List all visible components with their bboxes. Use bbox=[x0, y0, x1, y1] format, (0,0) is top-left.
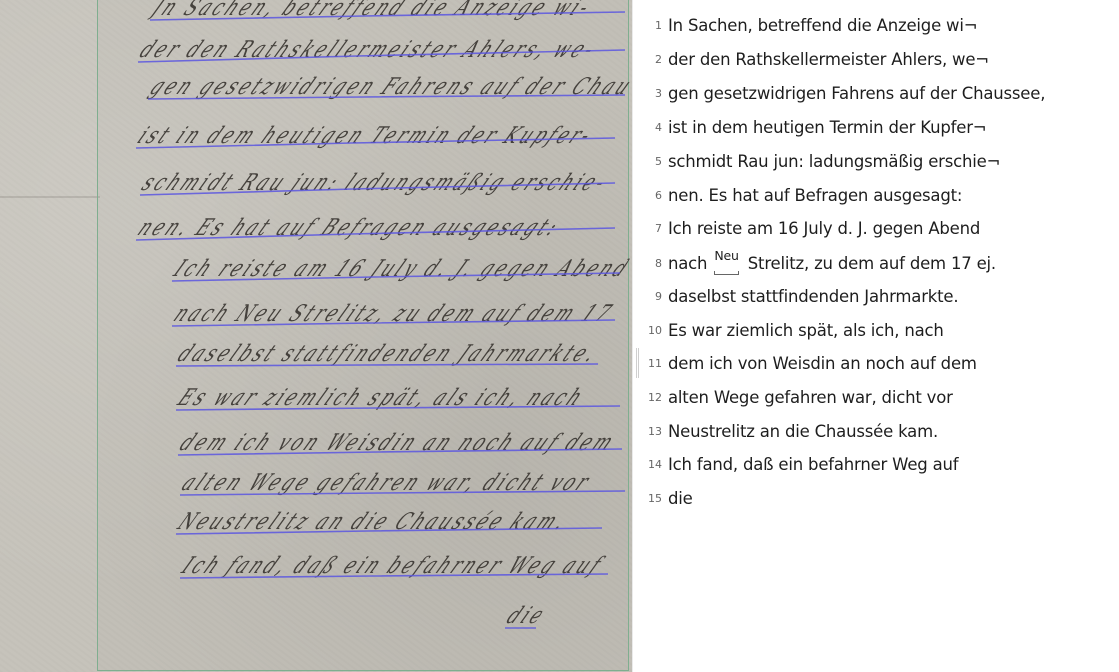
transcription-pane: 1 In Sachen, betreffend die Anzeige wi¬ … bbox=[640, 0, 1119, 672]
line-text-before-insertion: nach bbox=[668, 254, 707, 273]
splitter-grip-handle[interactable] bbox=[636, 348, 639, 378]
line-text[interactable]: Ich reiste am 16 July d. J. gegen Abend bbox=[668, 219, 980, 238]
paper-fold bbox=[0, 196, 100, 198]
line-baseline-polyline[interactable] bbox=[176, 366, 598, 368]
transcription-line[interactable]: 13 Neustrelitz an die Chaussée kam. bbox=[640, 416, 938, 446]
line-number: 8 bbox=[640, 257, 668, 270]
line-number: 3 bbox=[640, 87, 668, 100]
transcription-line[interactable]: 6 nen. Es hat auf Befragen ausgesagt: bbox=[640, 180, 962, 210]
line-number: 7 bbox=[640, 222, 668, 235]
line-baseline-polyline[interactable] bbox=[172, 326, 615, 328]
line-baseline-polyline[interactable] bbox=[136, 148, 615, 150]
transcription-line[interactable]: 10 Es war ziemlich spät, als ich, nach bbox=[640, 315, 944, 345]
line-text[interactable]: gen gesetzwidrigen Fahrens auf der Chaus… bbox=[668, 84, 1045, 103]
line-baseline-polyline[interactable] bbox=[140, 195, 615, 197]
line-number: 14 bbox=[640, 458, 668, 471]
line-number: 4 bbox=[640, 121, 668, 134]
transcription-line[interactable]: 11 dem ich von Weisdin an noch auf dem bbox=[640, 348, 977, 378]
transcription-line[interactable]: 7 Ich reiste am 16 July d. J. gegen Aben… bbox=[640, 213, 980, 243]
line-text[interactable]: der den Rathskellermeister Ahlers, we¬ bbox=[668, 50, 989, 69]
transcription-line[interactable]: 2 der den Rathskellermeister Ahlers, we¬ bbox=[640, 44, 989, 74]
line-baseline-polyline[interactable] bbox=[136, 240, 615, 242]
transcription-line[interactable]: 5 schmidt Rau jun: ladungsmäßig erschie¬ bbox=[640, 146, 1000, 176]
line-number: 13 bbox=[640, 425, 668, 438]
line-number: 6 bbox=[640, 189, 668, 202]
line-number: 1 bbox=[640, 19, 668, 32]
insertion-bracket-icon bbox=[714, 271, 738, 275]
line-number: 2 bbox=[640, 53, 668, 66]
line-number: 9 bbox=[640, 290, 668, 303]
line-baseline-polyline[interactable] bbox=[150, 20, 625, 22]
line-text[interactable]: Ich fand, daß ein befahrner Weg auf bbox=[668, 455, 958, 474]
transcription-line[interactable]: 9 daselbst stattfindenden Jahrmarkte. bbox=[640, 281, 958, 311]
line-baseline-polyline[interactable] bbox=[180, 495, 625, 497]
transcription-line[interactable]: 14 Ich fand, daß ein befahrner Weg auf bbox=[640, 449, 958, 479]
transcription-line[interactable]: 15 die bbox=[640, 483, 693, 513]
line-text[interactable]: schmidt Rau jun: ladungsmäßig erschie¬ bbox=[668, 152, 1000, 171]
line-text[interactable]: Neustrelitz an die Chaussée kam. bbox=[668, 422, 938, 441]
line-text[interactable]: ist in dem heutigen Termin der Kupfer¬ bbox=[668, 118, 986, 137]
insertion-mark[interactable]: Neu bbox=[714, 254, 738, 273]
line-text[interactable]: In Sachen, betreffend die Anzeige wi¬ bbox=[668, 16, 977, 35]
line-number: 12 bbox=[640, 391, 668, 404]
transcription-line[interactable]: 3 gen gesetzwidrigen Fahrens auf der Cha… bbox=[640, 78, 1045, 108]
line-baseline-polyline[interactable] bbox=[172, 281, 620, 283]
transcription-line[interactable]: 1 In Sachen, betreffend die Anzeige wi¬ bbox=[640, 10, 977, 40]
pane-splitter[interactable] bbox=[632, 0, 640, 672]
line-baseline-polyline[interactable] bbox=[176, 410, 620, 412]
line-number: 5 bbox=[640, 155, 668, 168]
facsimile-image-pane[interactable]: Jn Sachen, betreffend die Anzeige wi-der… bbox=[0, 0, 632, 672]
line-text[interactable]: alten Wege gefahren war, dicht vor bbox=[668, 388, 953, 407]
line-text[interactable]: Es war ziemlich spät, als ich, nach bbox=[668, 321, 944, 340]
line-text[interactable]: daselbst stattfindenden Jahrmarkte. bbox=[668, 287, 958, 306]
line-text-after-insertion: Strelitz, zu dem auf dem 17 ej. bbox=[748, 254, 996, 273]
transcription-line[interactable]: 12 alten Wege gefahren war, dicht vor bbox=[640, 382, 953, 412]
line-text[interactable]: die bbox=[668, 489, 693, 508]
line-baseline-polyline[interactable] bbox=[178, 455, 622, 457]
line-text[interactable]: nen. Es hat auf Befragen ausgesagt: bbox=[668, 186, 962, 205]
line-baseline-polyline[interactable] bbox=[180, 578, 608, 580]
line-number: 15 bbox=[640, 492, 668, 505]
line-number: 10 bbox=[640, 324, 668, 337]
line-baseline-polyline[interactable] bbox=[505, 628, 536, 630]
transcription-line[interactable]: 8 nach Neu Strelitz, zu dem auf dem 17 e… bbox=[640, 248, 996, 278]
line-text[interactable]: nach Neu Strelitz, zu dem auf dem 17 ej. bbox=[668, 254, 996, 273]
line-baseline-polyline[interactable] bbox=[148, 99, 625, 101]
line-baseline-polyline[interactable] bbox=[138, 62, 625, 64]
transcription-line[interactable]: 4 ist in dem heutigen Termin der Kupfer¬ bbox=[640, 112, 986, 142]
line-text[interactable]: dem ich von Weisdin an noch auf dem bbox=[668, 354, 977, 373]
line-number: 11 bbox=[640, 357, 668, 370]
inserted-text: Neu bbox=[714, 248, 738, 263]
line-baseline-polyline[interactable] bbox=[176, 534, 602, 536]
